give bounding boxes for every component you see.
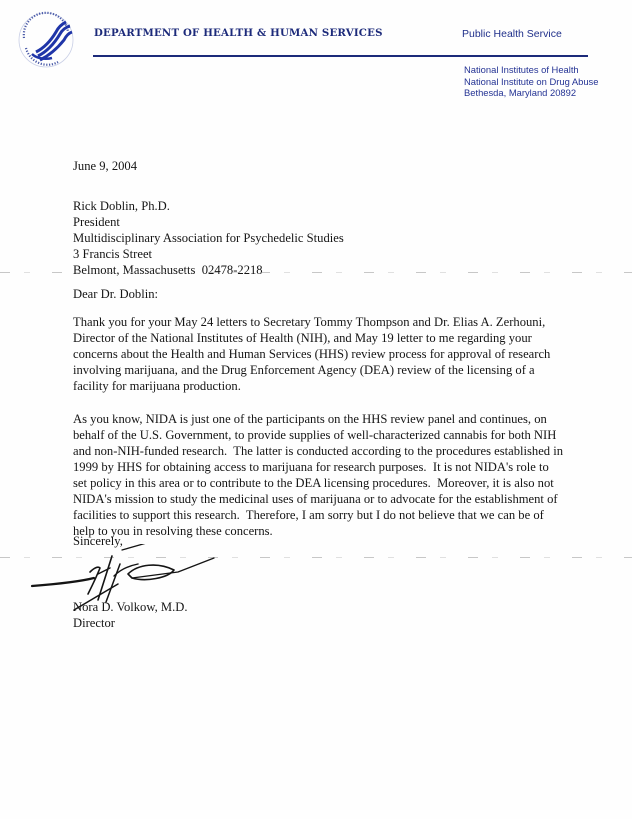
paragraph-line: facilities to support this research. The… bbox=[73, 507, 603, 523]
recipient-line: 3 Francis Street bbox=[73, 246, 344, 262]
agency-line: National Institute on Drug Abuse bbox=[464, 76, 598, 88]
paragraph-line: behalf of the U.S. Government, to provid… bbox=[73, 427, 603, 443]
recipient-address: Rick Doblin, Ph.D. President Multidiscip… bbox=[73, 198, 344, 278]
recipient-line: Multidisciplinary Association for Psyche… bbox=[73, 230, 344, 246]
paragraph-line: 1999 by HHS for obtaining access to mari… bbox=[73, 459, 603, 475]
agency-line: Bethesda, Maryland 20892 bbox=[464, 87, 598, 99]
recipient-line: Belmont, Massachusetts 02478-2218 bbox=[73, 262, 344, 278]
signer-name: Nora D. Volkow, M.D. bbox=[73, 599, 188, 615]
recipient-line: Rick Doblin, Ph.D. bbox=[73, 198, 344, 214]
hhs-eagle-seal-icon bbox=[14, 8, 82, 72]
paragraph-line: and non-NIH-funded research. The latter … bbox=[73, 443, 603, 459]
department-title: DEPARTMENT OF HEALTH & HUMAN SERVICES bbox=[94, 27, 383, 39]
paragraph-line: Thank you for your May 24 letters to Sec… bbox=[73, 314, 603, 330]
agency-line: National Institutes of Health bbox=[464, 64, 598, 76]
letter-page: DEPARTMENT OF HEALTH & HUMAN SERVICES Pu… bbox=[0, 0, 632, 819]
agency-address: National Institutes of Health National I… bbox=[464, 64, 598, 99]
letter-date: June 9, 2004 bbox=[73, 158, 137, 174]
paragraph-line: set policy in this area or to contribute… bbox=[73, 475, 603, 491]
paragraph-line: involving marijuana, and the Drug Enforc… bbox=[73, 362, 603, 378]
paragraph-line: NIDA's mission to study the medicinal us… bbox=[73, 491, 603, 507]
signer-title: Director bbox=[73, 615, 115, 631]
public-health-service-label: Public Health Service bbox=[462, 28, 562, 40]
paragraph-line: Director of the National Institutes of H… bbox=[73, 330, 603, 346]
recipient-line: President bbox=[73, 214, 344, 230]
scan-artifact-line bbox=[0, 272, 632, 273]
paragraph-line: concerns about the Health and Human Serv… bbox=[73, 346, 603, 362]
paragraph-line: As you know, NIDA is just one of the par… bbox=[73, 411, 603, 427]
body-paragraph-1: Thank you for your May 24 letters to Sec… bbox=[73, 314, 603, 394]
paragraph-line: help to you in resolving these concerns. bbox=[73, 523, 603, 539]
letterhead-rule bbox=[93, 55, 588, 57]
body-paragraph-2: As you know, NIDA is just one of the par… bbox=[73, 411, 603, 539]
salutation: Dear Dr. Doblin: bbox=[73, 286, 158, 302]
paragraph-line: facility for marijuana production. bbox=[73, 378, 603, 394]
